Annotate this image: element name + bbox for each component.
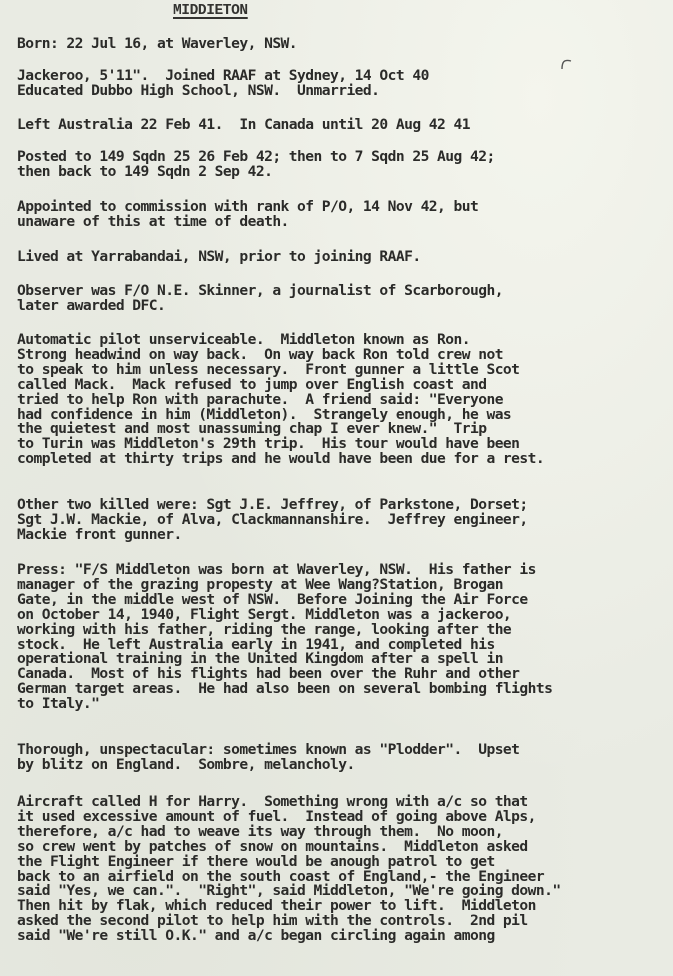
paragraph-aircraft: Aircraft called H for Harry. Something w… bbox=[17, 795, 561, 944]
paragraph-born: Born: 22 Jul 16, at Waverley, NSW. bbox=[17, 37, 297, 52]
paragraph-observer: Observer was F/O N.E. Skinner, a journal… bbox=[17, 284, 503, 314]
pencil-mark-icon bbox=[559, 56, 573, 70]
paragraph-automatic-pilot: Automatic pilot unserviceable. Middleton… bbox=[17, 333, 544, 467]
paragraph-appointed: Appointed to commission with rank of P/O… bbox=[17, 200, 478, 230]
paragraph-other-killed: Other two killed were: Sgt J.E. Jeffrey,… bbox=[17, 498, 528, 543]
paragraph-lived: Lived at Yarrabandai, NSW, prior to join… bbox=[17, 250, 421, 265]
document-page: MIDDIETON Born: 22 Jul 16, at Waverley, … bbox=[0, 0, 673, 976]
paragraph-jackeroo: Jackeroo, 5'11". Joined RAAF at Sydney, … bbox=[17, 69, 429, 99]
paragraph-thorough: Thorough, unspectacular: sometimes known… bbox=[17, 743, 519, 773]
paragraph-press: Press: "F/S Middleton was born at Waverl… bbox=[17, 563, 552, 712]
paragraph-posted: Posted to 149 Sqdn 25 26 Feb 42; then to… bbox=[17, 150, 495, 180]
paragraph-left-australia: Left Australia 22 Feb 41. In Canada unti… bbox=[17, 118, 470, 133]
document-title: MIDDIETON bbox=[173, 3, 248, 19]
